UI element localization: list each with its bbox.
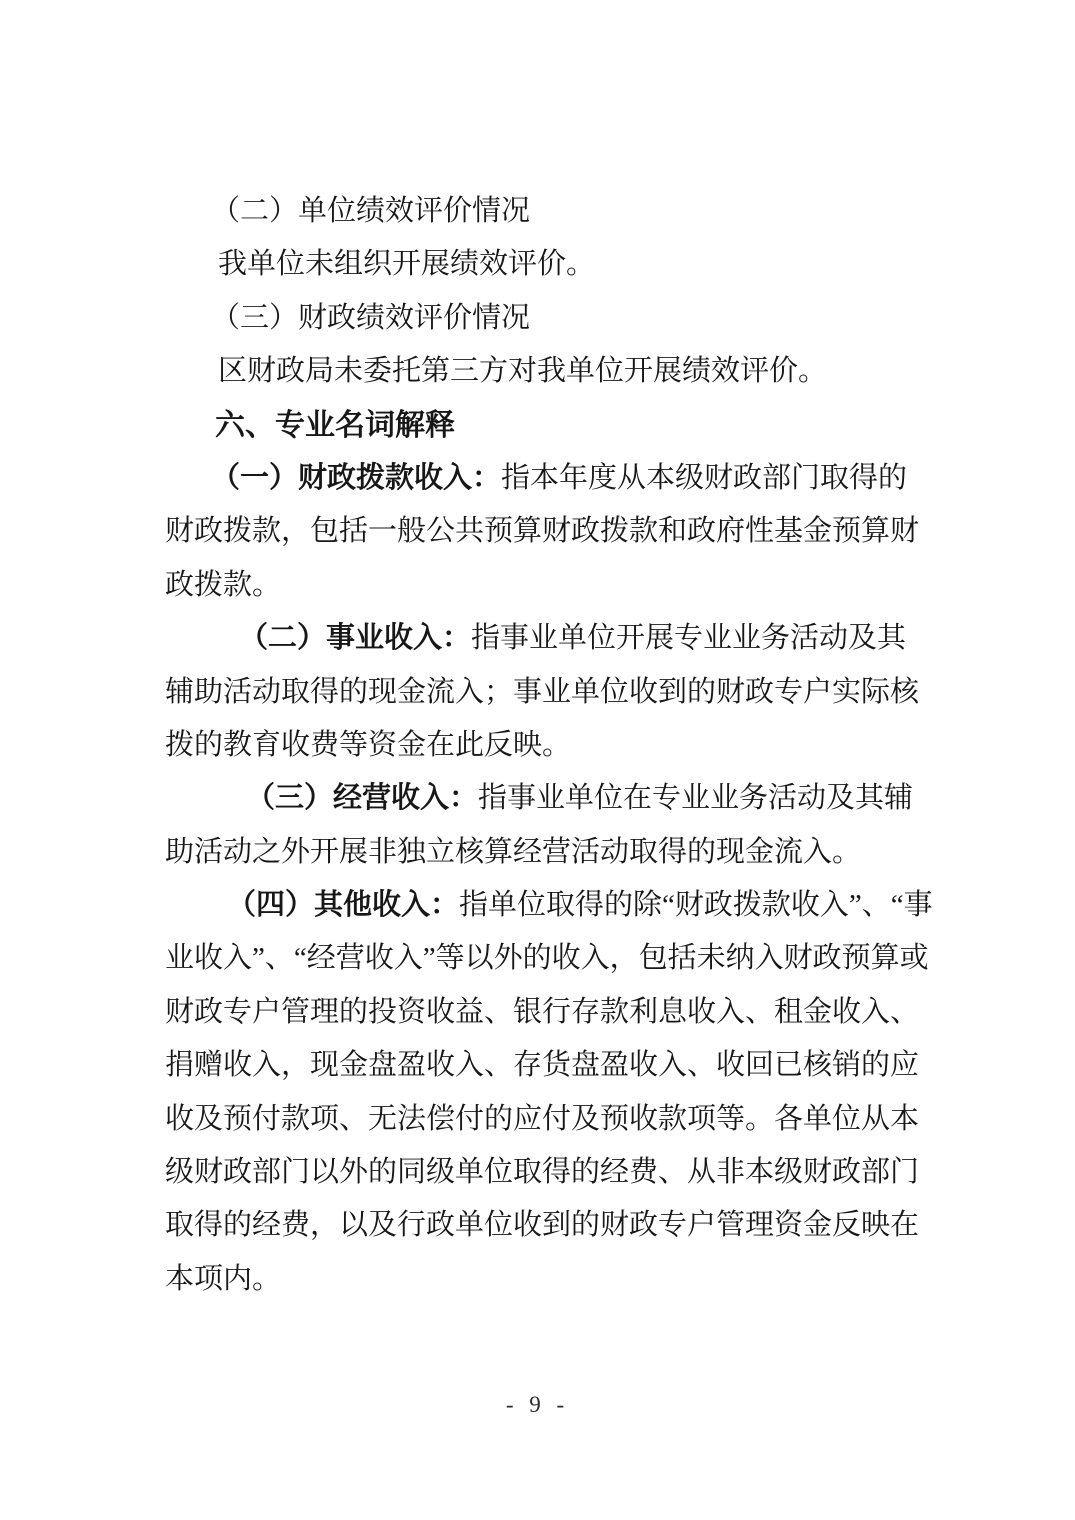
text-segment: 助活动之外开展非独立核算经营活动取得的现金流入。: [165, 836, 861, 868]
paragraph-line: 拨的教育收费等资金在此反映。: [165, 719, 940, 772]
text-segment: 区财政局未委托第三方对我单位开展绩效评价。: [218, 355, 827, 387]
text-segment: （四）其他收入：: [227, 889, 459, 921]
paragraph-line: 区财政局未委托第三方对我单位开展绩效评价。: [165, 345, 940, 398]
text-segment: （一）财政拨款收入：: [211, 462, 501, 494]
text-segment: 财政专户管理的投资收益、银行存款利息收入、租金收入、: [165, 996, 919, 1028]
text-segment: （二）单位绩效评价情况: [211, 195, 530, 227]
text-segment: 业收入”、“经营收入”等以外的收入，包括未纳入财政预算或: [165, 942, 929, 974]
chapter-heading-6: 六、专业名词解释: [165, 399, 940, 452]
text-segment: 指本年度从本级财政部门取得的: [501, 462, 907, 494]
definition-line: （四）其他收入：指单位取得的除“财政拨款收入”、“事: [165, 879, 940, 932]
text-segment: （三）财政绩效评价情况: [211, 302, 530, 334]
text-segment: 收及预付款项、无法偿付的应付及预收款项等。各单位从本: [165, 1103, 919, 1135]
text-segment: 拨的教育收费等资金在此反映。: [165, 729, 571, 761]
page-number: - 9 -: [0, 1392, 1075, 1418]
definition-line: （一）财政拨款收入：指本年度从本级财政部门取得的: [165, 452, 940, 505]
paragraph-line: 级财政部门以外的同级单位取得的经费、从非本级财政部门: [165, 1146, 940, 1199]
paragraph-line: 政拨款。: [165, 559, 940, 612]
paragraph-line: 收及预付款项、无法偿付的应付及预收款项等。各单位从本: [165, 1093, 940, 1146]
text-segment: 指事业单位在专业业务活动及其辅: [478, 782, 913, 814]
text-segment: 指单位取得的除“财政拨款收入”、“事: [459, 889, 933, 921]
text-segment: 本项内。: [165, 1263, 281, 1295]
document-page: （二）单位绩效评价情况我单位未组织开展绩效评价。（三）财政绩效评价情况区财政局未…: [0, 0, 1075, 1520]
text-segment: （三）经营收入：: [246, 782, 478, 814]
text-segment: 取得的经费，以及行政单位收到的财政专户管理资金反映在: [165, 1209, 919, 1241]
paragraph-line: 捐赠收入，现金盘盈收入、存货盘盈收入、收回已核销的应: [165, 1039, 940, 1092]
section-heading-2: （二）单位绩效评价情况: [165, 185, 940, 238]
section-heading-3: （三）财政绩效评价情况: [165, 292, 940, 345]
text-segment: 财政拨款，包括一般公共预算财政拨款和政府性基金预算财: [165, 515, 919, 547]
paragraph-line: 财政拨款，包括一般公共预算财政拨款和政府性基金预算财: [165, 505, 940, 558]
text-segment: 我单位未组织开展绩效评价。: [218, 248, 595, 280]
text-segment: 六、专业名词解释: [215, 409, 455, 442]
paragraph-line: 取得的经费，以及行政单位收到的财政专户管理资金反映在: [165, 1199, 940, 1252]
text-segment: 级财政部门以外的同级单位取得的经费、从非本级财政部门: [165, 1156, 919, 1188]
text-segment: 指事业单位开展专业业务活动及其: [471, 622, 906, 654]
definition-line: （三）经营收入：指事业单位在专业业务活动及其辅: [165, 772, 940, 825]
text-segment: 辅助活动取得的现金流入；事业单位收到的财政专户实际核: [165, 676, 919, 708]
paragraph-line: 我单位未组织开展绩效评价。: [165, 238, 940, 291]
paragraph-line: 业收入”、“经营收入”等以外的收入，包括未纳入财政预算或: [165, 932, 940, 985]
document-text-block: （二）单位绩效评价情况我单位未组织开展绩效评价。（三）财政绩效评价情况区财政局未…: [165, 185, 940, 1306]
text-segment: 政拨款。: [165, 569, 281, 601]
paragraph-line: 助活动之外开展非独立核算经营活动取得的现金流入。: [165, 826, 940, 879]
text-segment: （二）事业收入：: [239, 622, 471, 654]
paragraph-line: 财政专户管理的投资收益、银行存款利息收入、租金收入、: [165, 986, 940, 1039]
definition-line: （二）事业收入：指事业单位开展专业业务活动及其: [165, 612, 940, 665]
paragraph-line: 本项内。: [165, 1253, 940, 1306]
paragraph-line: 辅助活动取得的现金流入；事业单位收到的财政专户实际核: [165, 666, 940, 719]
text-segment: 捐赠收入，现金盘盈收入、存货盘盈收入、收回已核销的应: [165, 1049, 919, 1081]
